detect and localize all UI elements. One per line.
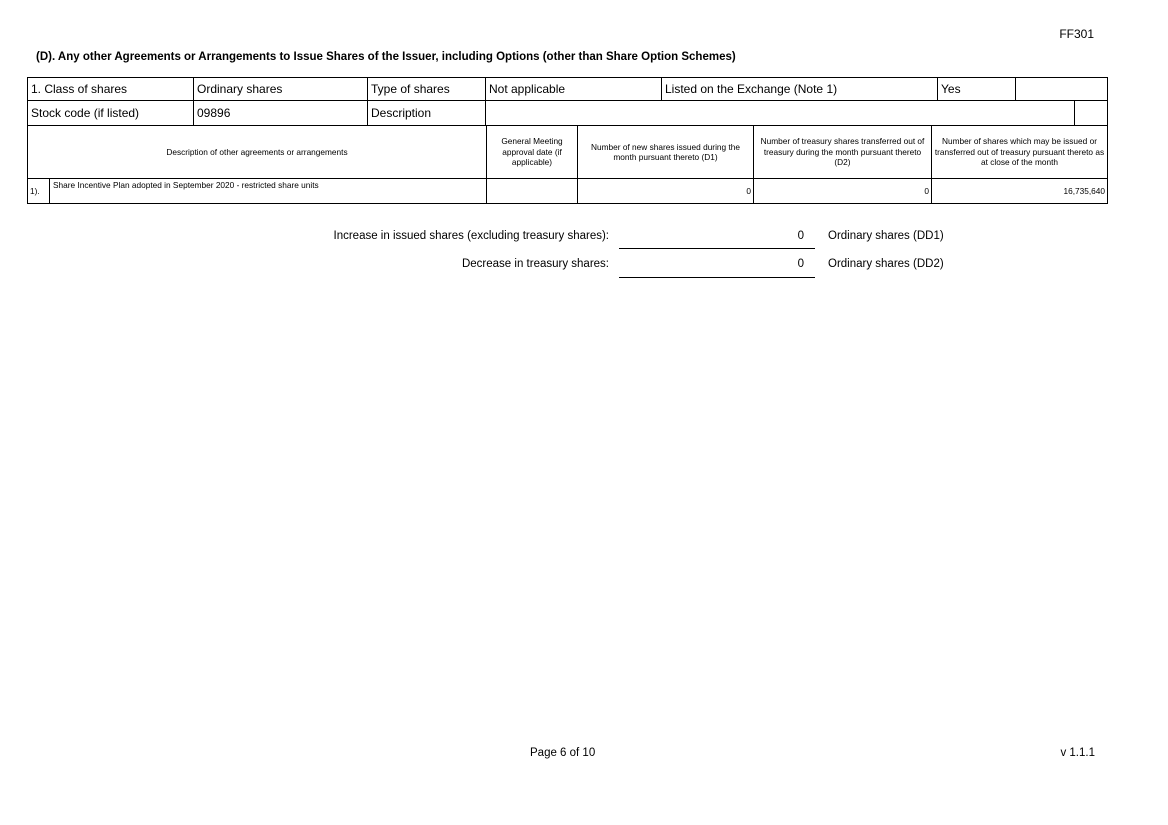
section-title: (D). Any other Agreements or Arrangement… bbox=[36, 51, 736, 63]
listed-label: Listed on the Exchange (Note 1) bbox=[661, 77, 938, 101]
increase-unit: Ordinary shares (DD1) bbox=[828, 230, 944, 242]
column-header-description: Description of other agreements or arran… bbox=[27, 125, 487, 179]
form-code: FF301 bbox=[1059, 27, 1094, 41]
listed-value: Yes bbox=[937, 77, 1016, 101]
row-index: 1). bbox=[27, 178, 50, 204]
column-header-approval-date: General Meeting approval date (if applic… bbox=[486, 125, 578, 179]
type-of-shares-value: Not applicable bbox=[485, 77, 662, 101]
description-extra-cell bbox=[1074, 100, 1108, 126]
row-may-be-issued: 16,735,640 bbox=[931, 178, 1108, 204]
decrease-value: 0 bbox=[774, 258, 804, 270]
column-header-new-shares-d1: Number of new shares issued during the m… bbox=[577, 125, 754, 179]
description-label: Description bbox=[367, 100, 486, 126]
increase-label: Increase in issued shares (excluding tre… bbox=[249, 230, 609, 242]
class-of-shares-label: 1. Class of shares bbox=[27, 77, 194, 101]
description-value bbox=[485, 100, 1075, 126]
decrease-label: Decrease in treasury shares: bbox=[249, 258, 609, 270]
row-treasury-d2: 0 bbox=[753, 178, 932, 204]
page-number: Page 6 of 10 bbox=[530, 747, 595, 759]
decrease-unit: Ordinary shares (DD2) bbox=[828, 258, 944, 270]
type-of-shares-label: Type of shares bbox=[367, 77, 486, 101]
class-of-shares-value: Ordinary shares bbox=[193, 77, 368, 101]
version: v 1.1.1 bbox=[1060, 747, 1095, 759]
increase-value: 0 bbox=[774, 230, 804, 242]
listed-extra-cell bbox=[1015, 77, 1108, 101]
row-approval-date bbox=[486, 178, 578, 204]
row-description: Share Incentive Plan adopted in Septembe… bbox=[49, 178, 487, 204]
stock-code-value: 09896 bbox=[193, 100, 368, 126]
row-new-shares-d1: 0 bbox=[577, 178, 754, 204]
column-header-treasury-d2: Number of treasury shares transferred ou… bbox=[753, 125, 932, 179]
column-header-may-be-issued: Number of shares which may be issued or … bbox=[931, 125, 1108, 179]
stock-code-label: Stock code (if listed) bbox=[27, 100, 194, 126]
